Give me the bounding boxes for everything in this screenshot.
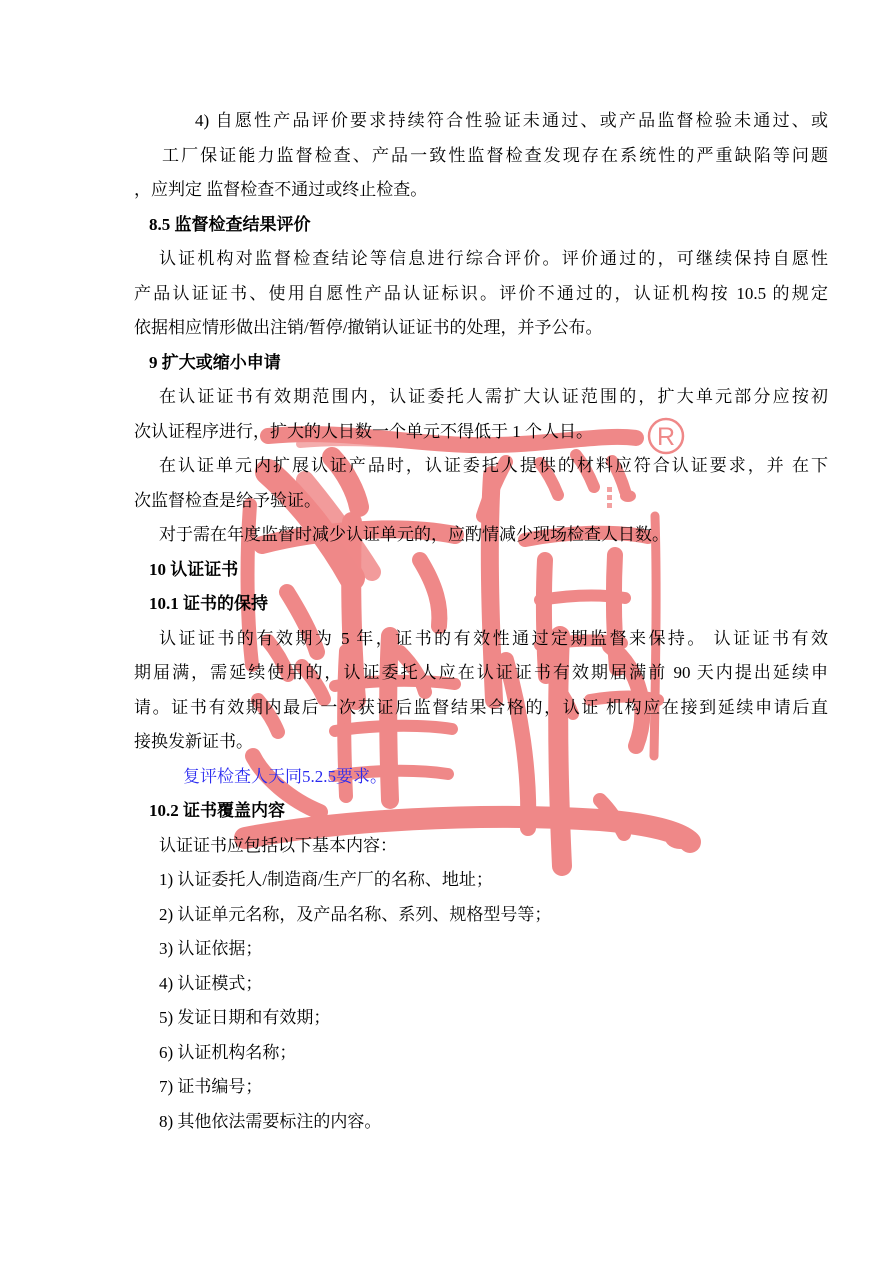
text-line: 请。证书有效期内最后一次获证后监督结果合格的，认证 机构应在接到延续申请后直 — [134, 691, 828, 726]
heading-line: 10.2 证书覆盖内容 — [134, 794, 828, 829]
text-line: 依据相应情形做出注销/暂停/撤销认证证书的处理，并予公布。 — [134, 311, 828, 346]
text-line: 对于需在年度监督时减少认证单元的，应酌情减少现场检查人日数。 — [134, 518, 828, 553]
text-line: 2) 认证单元名称，及产品名称、系列、规格型号等； — [134, 898, 828, 933]
text-line: 接换发新证书。 — [134, 725, 828, 760]
inserted-note-line: 复评检查人天同5.2.5要求。 — [134, 760, 828, 795]
text-line: 7) 证书编号； — [134, 1070, 828, 1105]
heading-line: 10.1 证书的保持 — [134, 587, 828, 622]
text-line: 4) 认证模式； — [134, 967, 828, 1002]
text-line: 5) 发证日期和有效期； — [134, 1001, 828, 1036]
text-line: 在认证单元内扩展认证产品时，认证委托人提供的材料应符合认证要求，并 在下 — [134, 449, 828, 484]
text-line: 次监督检查是给予验证。 — [134, 484, 828, 519]
heading-line: 9 扩大或缩小申请 — [134, 346, 828, 381]
text-line: 产品认证证书、使用自愿性产品认证标识。评价不通过的，认证机构按 10.5 的规定 — [134, 277, 828, 312]
text-line: 1) 认证委托人/制造商/生产厂的名称、地址； — [134, 863, 828, 898]
text-line: 3) 认证依据； — [134, 932, 828, 967]
document-page: R 4) 自愿性产品评价要求持续符合性验证未通过、或产品监督检验未通过、或工厂保… — [0, 0, 893, 1263]
text-line: ，应判定 监督检查不通过或终止检查。 — [134, 173, 828, 208]
text-line: 4) 自愿性产品评价要求持续符合性验证未通过、或产品监督检验未通过、或 — [134, 104, 828, 139]
text-line: 次认证程序进行，扩大的人日数一个单元不得低于 1 个人日。 — [134, 415, 828, 450]
text-line: 在认证证书有效期范围内，认证委托人需扩大认证范围的，扩大单元部分应按初 — [134, 380, 828, 415]
heading-line: 10 认证证书 — [134, 553, 828, 588]
text-line: 6) 认证机构名称； — [134, 1036, 828, 1071]
text-line: 认证证书的有效期为 5 年，证书的有效性通过定期监督来保持。 认证证书有效 — [134, 622, 828, 657]
text-line: 期届满，需延续使用的，认证委托人应在认证证书有效期届满前 90 天内提出延续申 — [134, 656, 828, 691]
text-line: 认证机构对监督检查结论等信息进行综合评价。评价通过的，可继续保持自愿性 — [134, 242, 828, 277]
heading-line: 8.5 监督检查结果评价 — [134, 208, 828, 243]
text-line: 认证证书应包括以下基本内容： — [134, 829, 828, 864]
document-text-body: 4) 自愿性产品评价要求持续符合性验证未通过、或产品监督检验未通过、或工厂保证能… — [134, 104, 828, 1139]
text-line: 8) 其他依法需要标注的内容。 — [134, 1105, 828, 1140]
text-line: 工厂保证能力监督检查、产品一致性监督检查发现存在系统性的严重缺陷等问题 — [134, 139, 828, 174]
